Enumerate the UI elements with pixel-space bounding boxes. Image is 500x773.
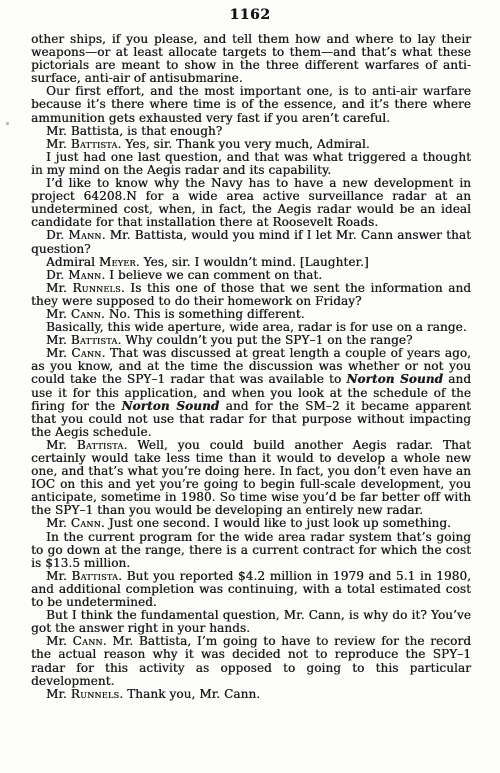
- text-run: Mann: [68, 268, 101, 282]
- document-body: other ships, if you please, and tell the…: [31, 33, 471, 701]
- scan-artifact: [6, 122, 9, 125]
- paragraph: Mr. Battista. But you reported $4.2 mill…: [31, 570, 471, 609]
- text-run: Cann: [71, 346, 101, 360]
- text-run: Battista: [71, 333, 118, 347]
- text-run: Cann: [71, 307, 101, 321]
- text-run: other ships, if you please, and tell the…: [31, 32, 471, 85]
- text-run: . Just one second. I would like to just …: [101, 516, 451, 530]
- text-run: . No. This is something different.: [101, 307, 305, 321]
- text-run: Mr.: [46, 634, 73, 648]
- paragraph: Mr. Cann. Mr. Battista, I’m going to hav…: [31, 635, 471, 687]
- paragraph: I’d like to know why the Navy has to hav…: [31, 177, 471, 229]
- text-run: Cann: [73, 634, 103, 648]
- text-run: Mr.: [46, 346, 71, 360]
- paragraph: I just had one last question, and that w…: [31, 151, 471, 177]
- page-number: 1162: [0, 0, 500, 23]
- text-run: Mr.: [46, 307, 71, 321]
- paragraph: Mr. Runnels. Is this one of those that w…: [31, 282, 471, 308]
- text-run: Mr.: [46, 687, 71, 701]
- paragraph: But I think the fundamental question, Mr…: [31, 609, 471, 635]
- text-run: Mr.: [46, 281, 72, 295]
- paragraph: In the current program for the wide area…: [31, 531, 471, 570]
- text-run: Dr.: [46, 228, 68, 242]
- paragraph: other ships, if you please, and tell the…: [31, 33, 471, 85]
- text-run: But I think the fundamental question, Mr…: [31, 608, 471, 635]
- text-run: Norton Sound: [121, 399, 219, 413]
- text-run: Mr.: [46, 569, 71, 583]
- text-run: Mr. Battista, is that enough?: [46, 124, 222, 138]
- text-run: Basically, this wide aperture, wide area…: [46, 320, 467, 334]
- text-run: Mr.: [46, 137, 71, 151]
- text-run: Mr.: [46, 438, 77, 452]
- paragraph: Dr. Mann. Mr. Battista, would you mind i…: [31, 229, 471, 255]
- text-run: Battista: [71, 569, 118, 583]
- text-run: Runnels: [72, 281, 121, 295]
- text-run: Mr.: [46, 516, 71, 530]
- paragraph: Mr. Cann. That was discussed at great le…: [31, 347, 471, 439]
- text-run: Mr.: [46, 333, 71, 347]
- text-run: . I believe we can comment on that.: [101, 268, 322, 282]
- paragraph: Our first effort, and the most important…: [31, 85, 471, 124]
- text-run: I’d like to know why the Navy has to hav…: [31, 176, 471, 229]
- text-run: Meyer: [99, 255, 136, 269]
- text-run: . Thank you, Mr. Cann.: [119, 687, 260, 701]
- text-run: Battista: [77, 438, 124, 452]
- paragraph: Mr. Runnels. Thank you, Mr. Cann.: [31, 688, 471, 701]
- text-run: Battista: [71, 137, 118, 151]
- text-run: Dr.: [46, 268, 68, 282]
- text-run: . Why couldn’t you put the SPY–1 on the …: [117, 333, 412, 347]
- text-run: Admiral: [46, 255, 99, 269]
- text-run: In the current program for the wide area…: [31, 530, 471, 570]
- text-run: Our first effort, and the most important…: [31, 84, 471, 124]
- text-run: Mann: [68, 228, 101, 242]
- text-run: Cann: [71, 516, 101, 530]
- text-run: . Yes, sir. Thank you very much, Admiral…: [117, 137, 369, 151]
- scanned-document-page: 1162 other ships, if you please, and tel…: [0, 0, 500, 773]
- text-run: Norton Sound: [346, 372, 443, 386]
- text-run: . Yes, sir. I wouldn’t mind. [Laughter.]: [136, 255, 369, 269]
- text-run: I just had one last question, and that w…: [31, 150, 471, 177]
- paragraph: Mr. Battista. Well, you could build anot…: [31, 439, 471, 518]
- text-run: Runnels: [71, 687, 120, 701]
